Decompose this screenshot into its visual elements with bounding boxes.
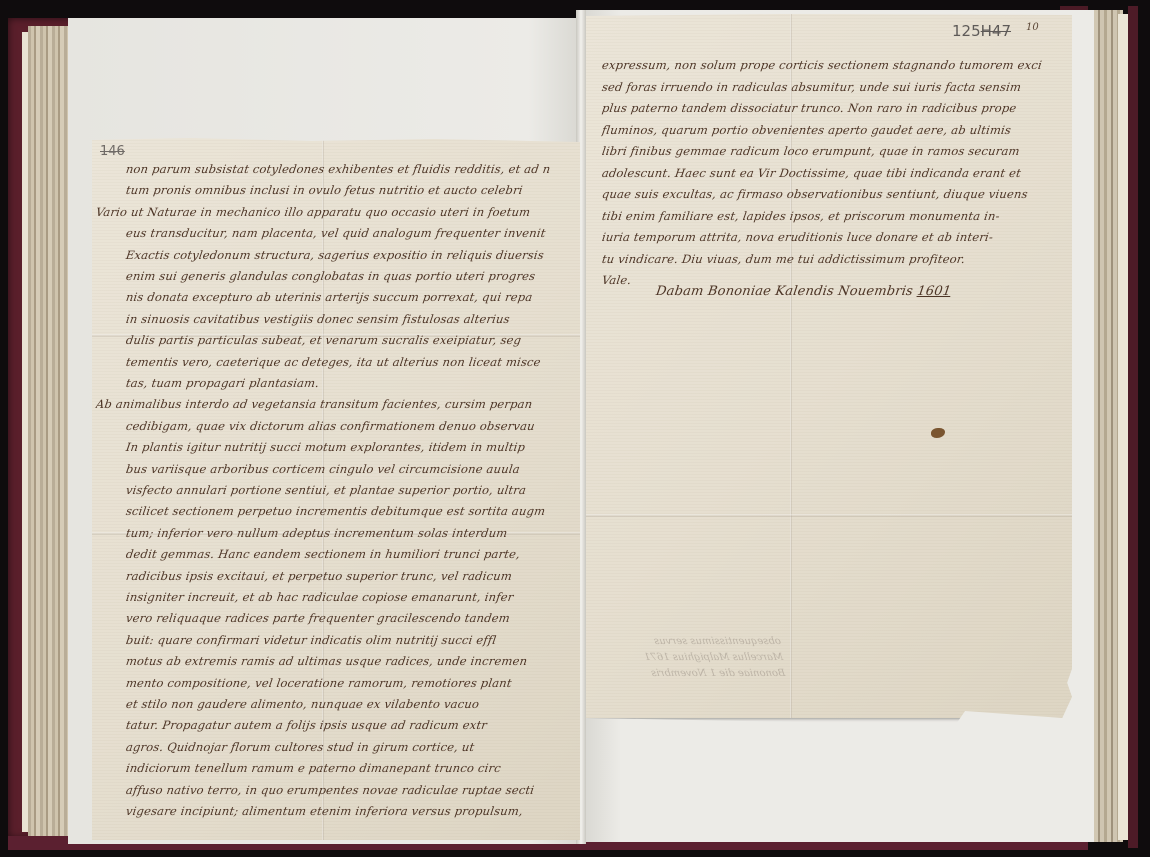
manuscript-line: Ab animalibus interdo ad vegetansia tran… [95,397,573,411]
manuscript-line: nis donata excepturo ab uterinis arterij… [125,290,573,304]
manuscript-line: visfecto annulari portione sentiui, et p… [125,483,573,497]
manuscript-line: Vario ut Naturae in mechanico illo appar… [95,205,573,219]
manuscript-line: affuso nativo terro, in quo erumpentes n… [125,783,573,797]
manuscript-line: mento compositione, vel loceratione ramo… [125,676,573,690]
manuscript-line: insigniter increuit, et ab hac radiculae… [125,590,573,604]
manuscript-line: eus transducitur, nam placenta, vel quid… [125,226,573,240]
manuscript-line: motus ab extremis ramis ad ultimas usque… [125,654,573,668]
manuscript-line: adolescunt. Haec sunt ea Vir Doctissime,… [601,166,1067,180]
manuscript-line: enim sui generis glandulas conglobatas i… [125,269,573,283]
manuscript-line: tu vindicare. Diu viuas, dum me tui addi… [601,252,1067,266]
fold-line-horizontal [586,514,1072,517]
manuscript-line: iuria temporum attrita, nova eruditionis… [601,230,1067,244]
manuscript-line: tas, tuam propagari plantasiam. [125,376,573,390]
manuscript-line: tum; inferior vero nullum adeptus increm… [125,526,573,540]
ink-stain [931,428,945,438]
manuscript-line: tibi enim familiare est, lapides ipsos, … [601,209,1067,223]
bleed-through-text: obsequentissimus servus Marcellus Malpig… [590,634,788,694]
manuscript-line: indiciorum tenellum ramum e paterno dima… [125,761,573,775]
manuscript-line: tum pronis omnibus inclusi in ovulo fetu… [125,183,573,197]
manuscript-line: dedit gemmas. Hanc eandem sectionem in h… [125,547,573,561]
manuscript-line: fluminos, quarum portio obvenientes aper… [601,123,1067,137]
manuscript-line: sed foras irruendo in radiculas absumitu… [601,80,1067,94]
manuscript-line: tementis vero, caeterique ac deteges, it… [125,355,573,369]
folio-number-left: 146 [100,144,125,159]
manuscript-line: libri finibus gemmae radicum loco erumpu… [601,144,1067,158]
manuscript-line: scilicet sectionem perpetuo incrementis … [125,504,573,518]
manuscript-line: plus paterno tandem dissociatur trunco. … [601,101,1067,115]
folio-number-right: 125H47 [952,22,1011,40]
manuscript-line: buit: quare confirmari videtur indicatis… [125,633,573,647]
book-cover-spine-right [1128,6,1138,848]
manuscript-line: expressum, non solum prope corticis sect… [601,58,1067,72]
manuscript-line: bus variisque arboribus corticem cingulo… [125,462,573,476]
manuscript-line: agros. Quidnojar florum cultores stud in… [125,740,573,754]
manuscript-line: non parum subsistat cotyledones exhibent… [125,162,573,176]
endpaper-right [1118,14,1128,840]
closing-line: Dabam Bononiae Kalendis Nouembris 1601 [655,284,952,299]
manuscript-line: dulis partis particulas subeat, et venar… [125,333,573,347]
letter-sheet-left: 146 non parum subsistat cotyledones exhi… [92,138,580,840]
manuscript-line: vigesare incipiunt; alimentum etenim inf… [125,804,573,818]
manuscript-line: In plantis igitur nutritij succi motum e… [125,440,573,454]
manuscript-line: Exactis cotyledonum structura, sagerius … [125,248,573,262]
letter-sheet-right: 125H47 10 expressum, non solum prope cor… [586,14,1072,718]
fold-line-vertical [790,14,792,718]
manuscript-line: cedibigam, quae vix dictorum alias confi… [125,419,573,433]
manuscript-line: radicibus ipsis excitaui, et perpetuo su… [125,569,573,583]
closing-year: 1601 [916,284,952,299]
manuscript-line: vero reliquaque radices parte frequenter… [125,611,573,625]
manuscript-line: et stilo non gaudere alimento, nunquae e… [125,697,573,711]
folio-number-struck: H47 [981,22,1011,40]
folio-number: 125 [952,22,981,40]
page-number: 10 [1026,22,1039,33]
manuscript-line: tatur. Propagatur autem a folijs ipsis u… [125,718,573,732]
page-block-left [28,26,69,836]
manuscript-line: quae suis excultas, ac firmaso observati… [601,187,1067,201]
manuscript-line: in sinuosis cavitatibus vestigiis donec … [125,312,573,326]
closing-text: Dabam Bononiae Kalendis Nouembris [655,284,914,299]
